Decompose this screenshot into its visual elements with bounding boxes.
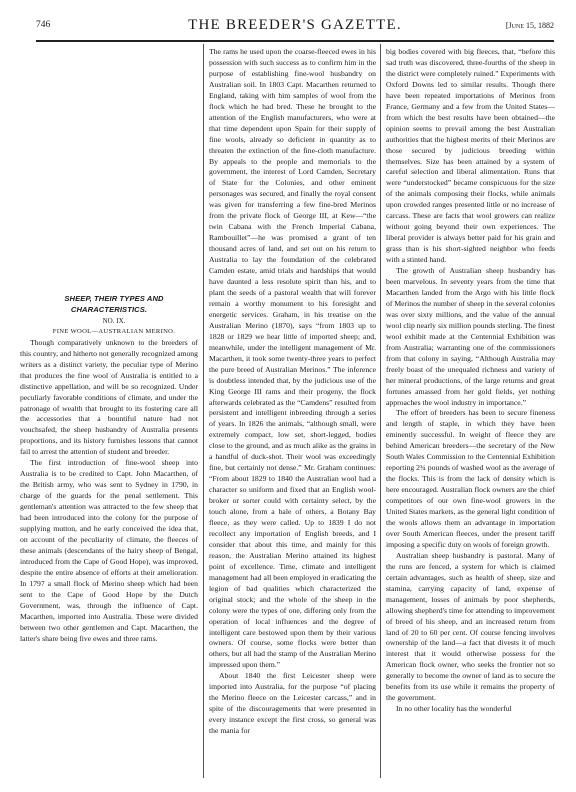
page-header: 746 THE BREEDER'S GAZETTE. [June 15, 188… (36, 20, 554, 36)
article-subtitle: FINE WOOL—AUSTRALIAN MERINO. (20, 327, 198, 338)
masthead-title: THE BREEDER'S GAZETTE. (36, 17, 554, 34)
date-month: June (509, 21, 524, 30)
article-number: NO. IX. (20, 316, 198, 327)
date-rest: 15, 1882 (524, 21, 554, 30)
paragraph: The first introduction of fine-wool shee… (20, 458, 198, 644)
column-1: SHEEP, THEIR TYPES AND CHARACTERISTICS. … (20, 294, 198, 645)
paragraph: The rams he used upon the coarse-fleeced… (209, 47, 376, 671)
paragraph: In no other locality has the wonderful (386, 704, 555, 715)
paragraph: Though comparatively unknown to the bree… (20, 338, 198, 458)
article-title: SHEEP, THEIR TYPES AND CHARACTERISTICS. (20, 294, 198, 316)
column-3: big bodies covered with big fleeces, tha… (386, 47, 555, 715)
header-rule (36, 40, 554, 42)
column-divider-2 (380, 44, 381, 778)
issue-date: [June 15, 1882 (506, 21, 554, 30)
paragraph: The growth of Australian sheep husbandry… (386, 266, 555, 408)
column-2: The rams he used upon the coarse-fleeced… (209, 47, 376, 737)
paragraph: big bodies covered with big fleeces, tha… (386, 47, 555, 266)
paragraph: Australian sheep husbandry is pastoral. … (386, 551, 555, 704)
paragraph: The effort of breeders has been to secur… (386, 408, 555, 550)
column-divider-1 (203, 44, 204, 778)
paragraph: About 1840 the first Leicester sheep wer… (209, 671, 376, 737)
